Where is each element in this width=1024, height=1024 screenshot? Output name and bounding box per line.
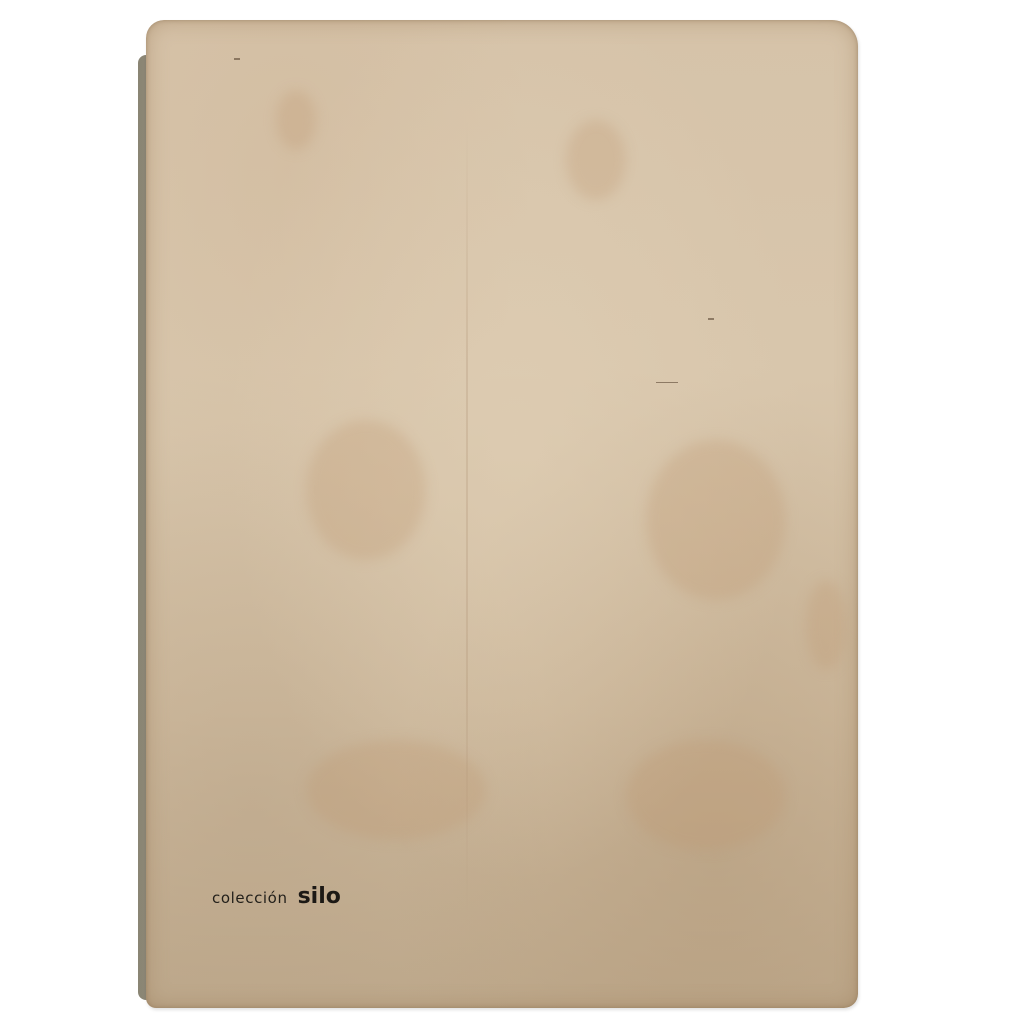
book-back-cover — [146, 20, 858, 1008]
publisher-imprint: colección silo — [212, 884, 341, 909]
stain — [806, 580, 846, 670]
photo-scene: colección silo — [0, 0, 1024, 1024]
fold-crease — [466, 120, 468, 920]
ink-mark — [656, 382, 678, 383]
stain — [626, 740, 786, 850]
stain — [306, 740, 486, 840]
stain — [566, 120, 626, 200]
imprint-label: colección — [212, 889, 288, 907]
ink-mark — [234, 58, 240, 60]
stain — [306, 420, 426, 560]
imprint-brand: silo — [298, 884, 341, 909]
stain — [276, 90, 316, 150]
ink-mark — [708, 318, 714, 320]
stain — [646, 440, 786, 600]
